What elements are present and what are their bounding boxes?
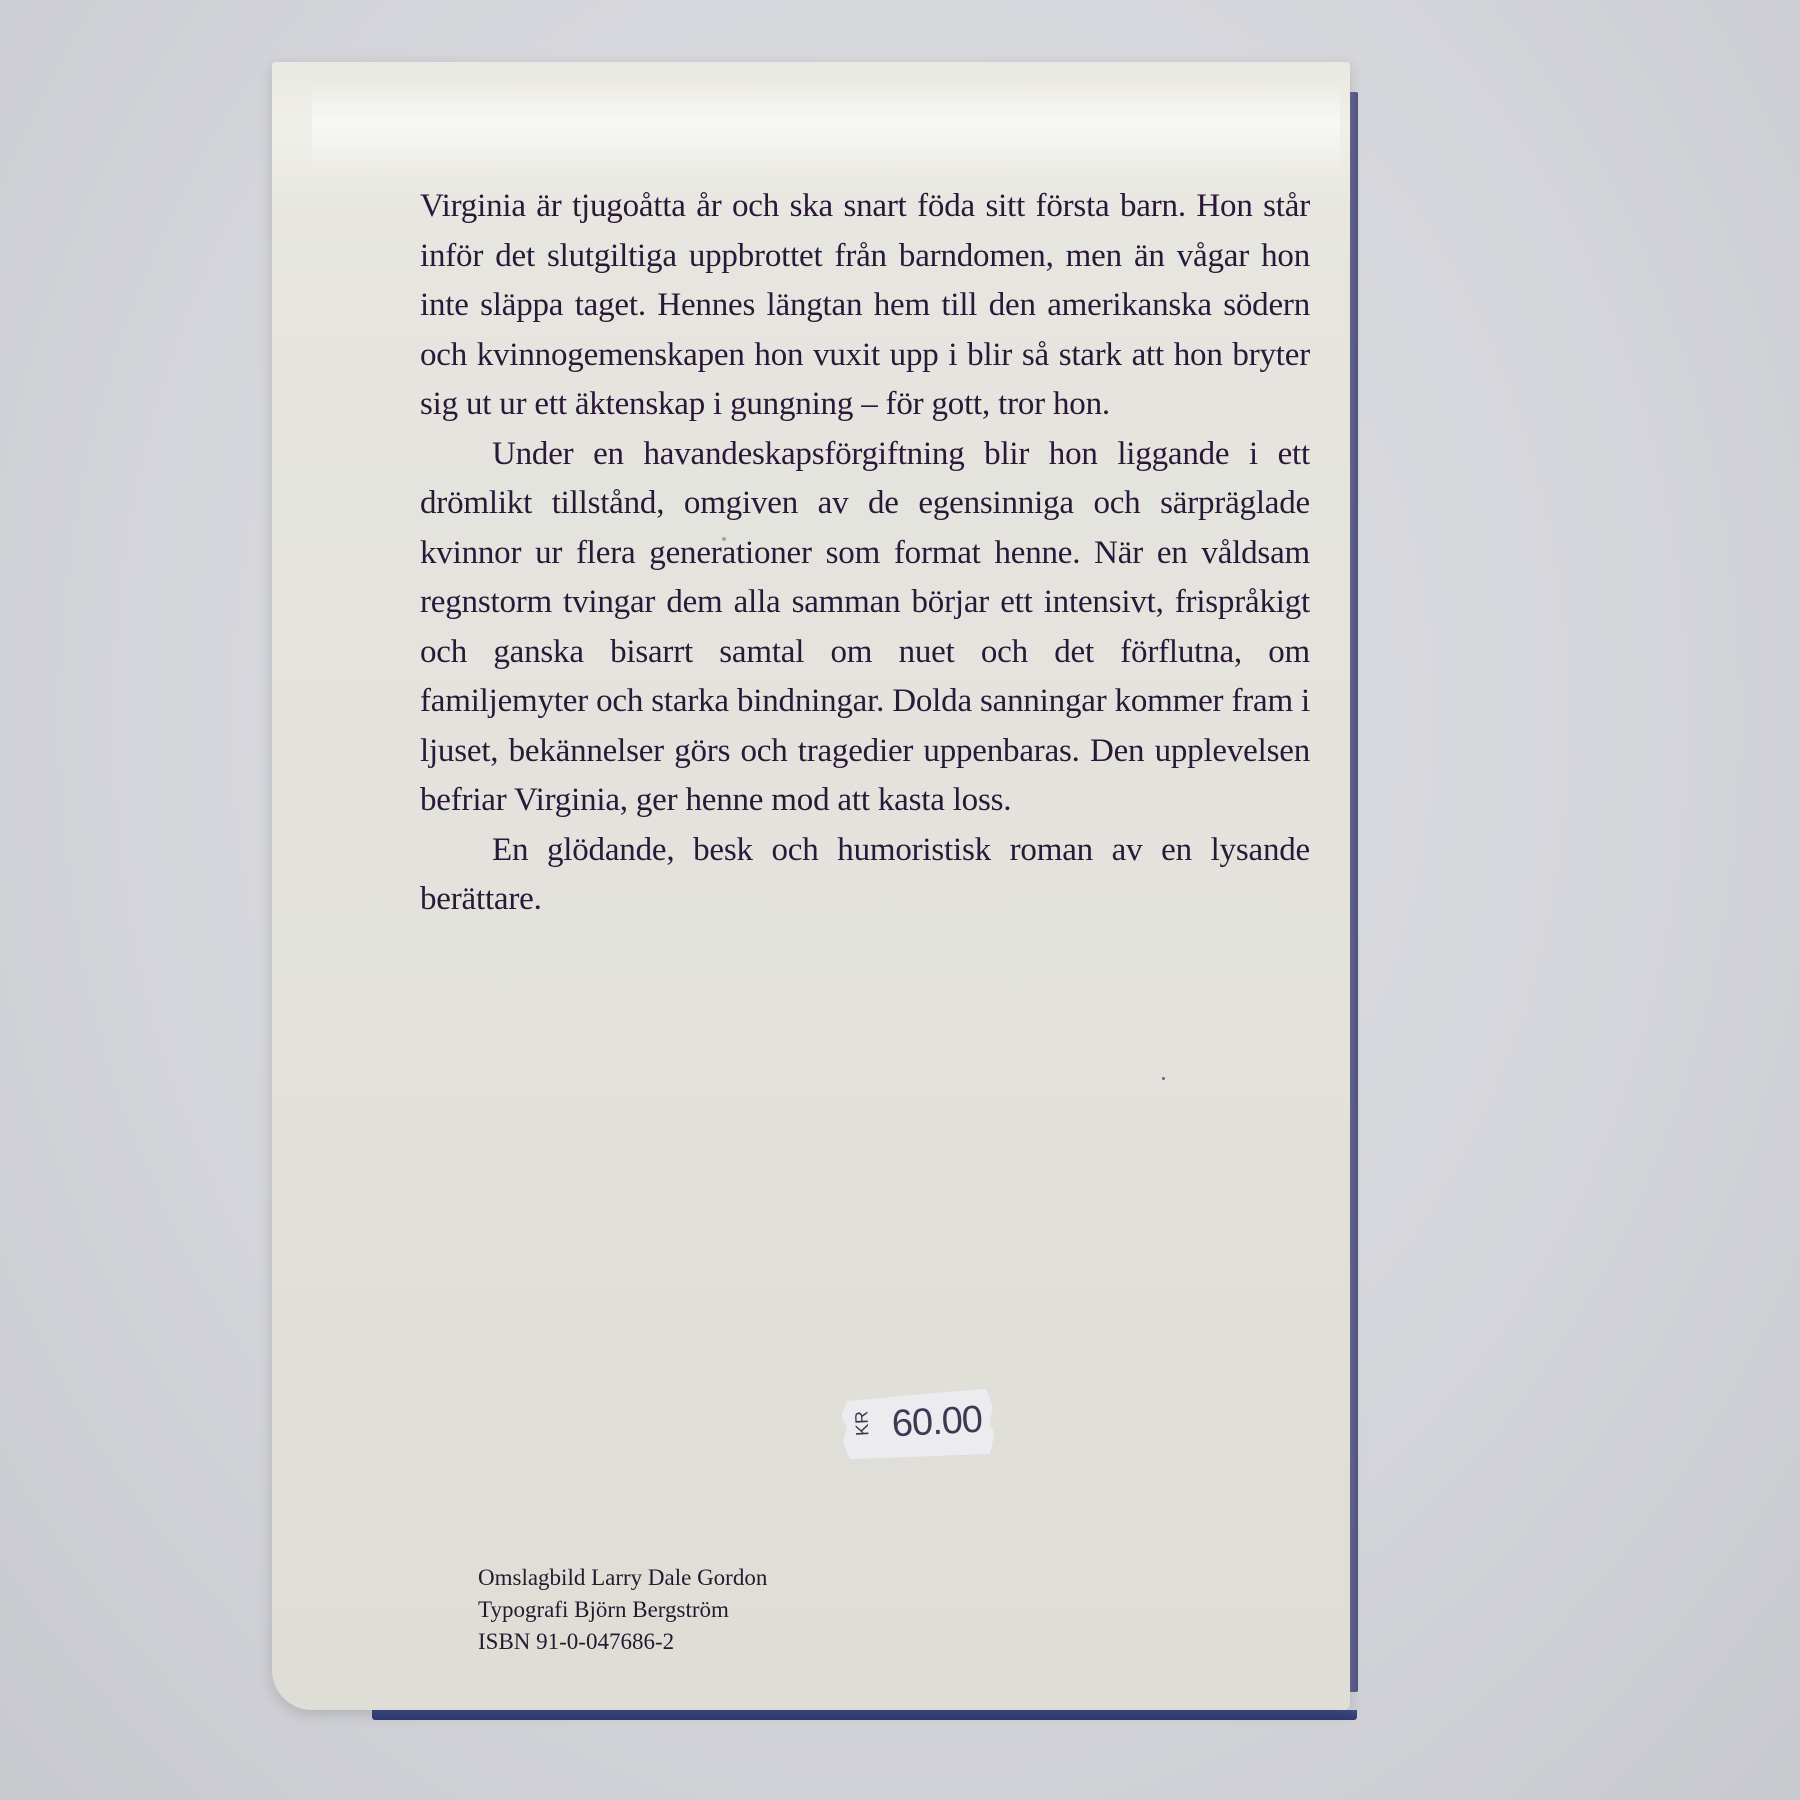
light-glare	[312, 82, 1340, 172]
cover-image-credit: Omslagbild Larry Dale Gordon	[478, 1562, 767, 1594]
hardcover-board-edge-right	[1350, 92, 1358, 1692]
hardcover-board-edge-bottom	[372, 1710, 1357, 1720]
typography-credit: Typografi Björn Bergström	[478, 1594, 767, 1626]
price-value: 60.00	[891, 1399, 983, 1447]
blurb-paragraph-3: En glödande, besk och humoristisk roman …	[420, 826, 1310, 925]
dust-speck	[1162, 1077, 1165, 1080]
blurb-paragraph-1: Virginia är tjugoåtta år och ska snart f…	[420, 182, 1310, 430]
credits: Omslagbild Larry Dale Gordon Typografi B…	[478, 1562, 767, 1658]
back-cover-blurb: Virginia är tjugoåtta år och ska snart f…	[420, 182, 1310, 925]
isbn: ISBN 91-0-047686-2	[478, 1626, 767, 1658]
dust-speck	[722, 537, 726, 541]
blurb-paragraph-2: Under en havandeskapsförgiftning blir ho…	[420, 430, 1310, 826]
book: Virginia är tjugoåtta år och ska snart f…	[272, 62, 1350, 1710]
price-currency: KR	[851, 1410, 873, 1436]
price-sticker: KR 60.00	[840, 1388, 995, 1462]
dust-jacket-back-cover: Virginia är tjugoåtta år och ska snart f…	[272, 62, 1350, 1710]
